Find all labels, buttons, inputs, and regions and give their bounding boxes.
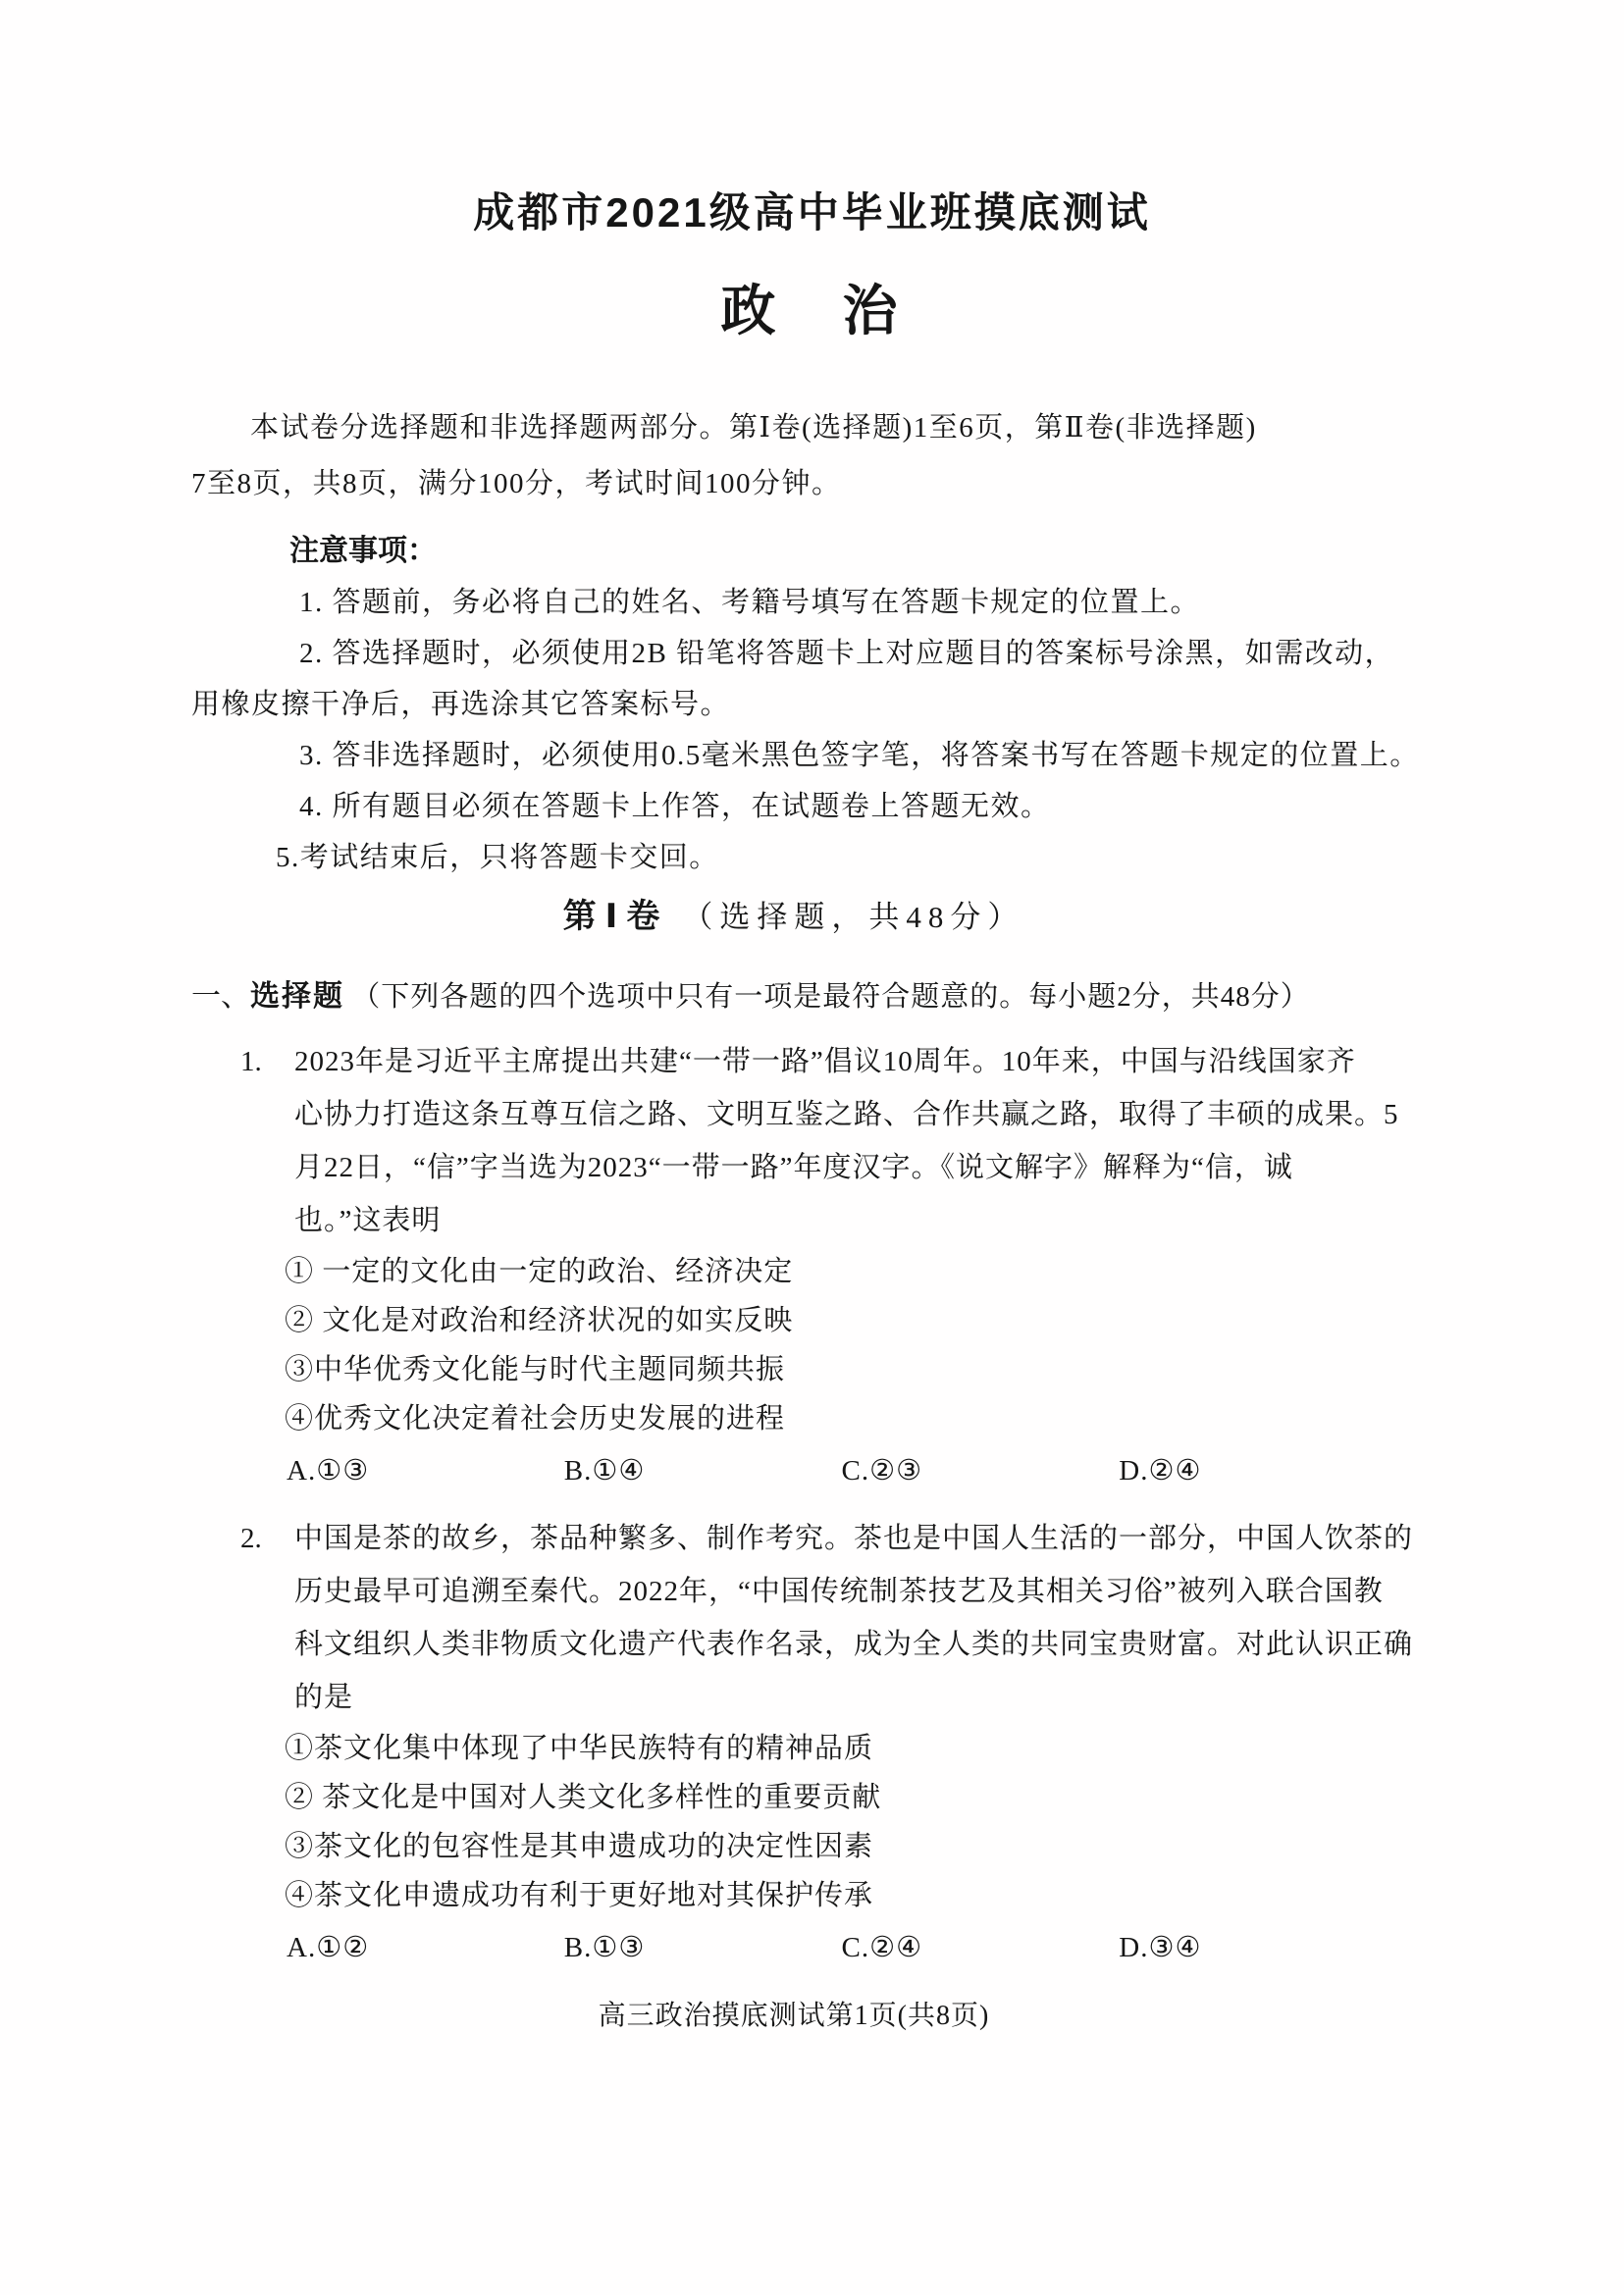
notice-item-1: 1. 答题前，务必将自己的姓名、考籍号填写在答题卡规定的位置上。 bbox=[299, 577, 1396, 628]
mcq-section-label: 选择题 bbox=[250, 980, 344, 1013]
option-d: D.③④ bbox=[1119, 1922, 1396, 1973]
question-1-options: A.①③ B.①④ C.②③ D.②④ bbox=[287, 1445, 1396, 1496]
statement-3: ③中华优秀文化能与时代主题同频共振 bbox=[285, 1345, 1396, 1394]
question-1-stem-line: 心协力打造这条互尊互信之路、文明互鉴之路、合作共赢之路，取得了丰硕的成果。5 bbox=[294, 1088, 1396, 1141]
question-2-body: 中国是茶的故乡，茶品种繁多、制作考究。茶也是中国人生活的一部分，中国人饮茶的 历… bbox=[294, 1512, 1396, 1973]
question-1-stem-line: 也。”这表明 bbox=[294, 1194, 1396, 1247]
question-1-number: 1. bbox=[240, 1035, 262, 1088]
intro-line: 7至8页，共8页，满分100分，考试时间100分钟。 bbox=[191, 456, 1396, 512]
intro-line: 本试卷分选择题和非选择题两部分。第Ⅰ卷(选择题)1至6页，第Ⅱ卷(非选择题) bbox=[191, 400, 1396, 456]
statement-3: ③茶文化的包容性是其申遗成功的决定性因素 bbox=[285, 1822, 1396, 1871]
notices-section: 注意事项： 1. 答题前，务必将自己的姓名、考籍号填写在答题卡规定的位置上。 2… bbox=[191, 526, 1396, 883]
mcq-section-header: 一、选择题 （下列各题的四个选项中只有一项是最符合题意的。每小题2分，共48分） bbox=[191, 972, 1396, 1021]
mcq-section-number: 一、 bbox=[191, 980, 250, 1013]
exam-title: 成都市2021级高中毕业班摸底测试 bbox=[0, 0, 1624, 237]
notice-item-3: 3. 答非选择题时，必须使用0.5毫米黑色签字笔，将答案书写在答题卡规定的位置上… bbox=[299, 730, 1396, 781]
question-2: 2. 中国是茶的故乡，茶品种繁多、制作考究。茶也是中国人生活的一部分，中国人饮茶… bbox=[191, 1512, 1396, 1973]
page-footer: 高三政治摸底测试第1页(共8页) bbox=[191, 1993, 1396, 2040]
statement-1: ① 一定的文化由一定的政治、经济决定 bbox=[285, 1247, 1396, 1296]
part1-heading: 第Ⅰ卷 （选择题，共48分） bbox=[191, 893, 1396, 947]
mcq-section-description: （下列各题的四个选项中只有一项是最符合题意的。每小题2分，共48分） bbox=[351, 981, 1310, 1013]
option-a: A.①② bbox=[287, 1922, 564, 1973]
option-b: B.①④ bbox=[564, 1445, 842, 1496]
option-c: C.②③ bbox=[842, 1445, 1120, 1496]
notice-item-2-continued: 用橡皮擦干净后，再选涂其它答案标号。 bbox=[191, 679, 1396, 730]
question-1-stem-line: 月22日，“信”字当选为2023“一带一路”年度汉字。《说文解字》解释为“信，诚 bbox=[294, 1141, 1396, 1194]
part1-label: 第Ⅰ卷 bbox=[563, 898, 669, 935]
statement-2: ② 茶文化是中国对人类文化多样性的重要贡献 bbox=[285, 1773, 1396, 1822]
notice-item-5: 5.考试结束后，只将答题卡交回。 bbox=[276, 832, 1396, 883]
statement-2: ② 文化是对政治和经济状况的如实反映 bbox=[285, 1296, 1396, 1345]
exam-paper-page: 成都市2021级高中毕业班摸底测试 政 治 本试卷分选择题和非选择题两部分。第Ⅰ… bbox=[0, 0, 1624, 2295]
question-2-stem-line: 中国是茶的故乡，茶品种繁多、制作考究。茶也是中国人生活的一部分，中国人饮茶的 bbox=[294, 1512, 1396, 1565]
statement-4: ④茶文化申遗成功有利于更好地对其保护传承 bbox=[285, 1871, 1396, 1920]
notice-item-2: 2. 答选择题时，必须使用2B 铅笔将答题卡上对应题目的答案标号涂黑，如需改动， bbox=[299, 628, 1396, 679]
question-2-stem-line: 历史最早可追溯至秦代。2022年，“中国传统制茶技艺及其相关习俗”被列入联合国教 bbox=[294, 1565, 1396, 1618]
option-a: A.①③ bbox=[287, 1445, 564, 1496]
question-2-options: A.①② B.①③ C.②④ D.③④ bbox=[287, 1922, 1396, 1973]
option-c: C.②④ bbox=[842, 1922, 1120, 1973]
question-1: 1. 2023年是习近平主席提出共建“一带一路”倡议10周年。10年来，中国与沿… bbox=[191, 1035, 1396, 1496]
question-2-statements: ①茶文化集中体现了中华民族特有的精神品质 ② 茶文化是中国对人类文化多样性的重要… bbox=[285, 1724, 1396, 1920]
option-d: D.②④ bbox=[1119, 1445, 1396, 1496]
question-1-statements: ① 一定的文化由一定的政治、经济决定 ② 文化是对政治和经济状况的如实反映 ③中… bbox=[285, 1247, 1396, 1443]
question-2-stem-line: 科文组织人类非物质文化遗产代表作名录，成为全人类的共同宝贵财富。对此认识正确 bbox=[294, 1618, 1396, 1671]
notice-item-4: 4. 所有题目必须在答题卡上作答，在试题卷上答题无效。 bbox=[299, 781, 1396, 832]
part1-subtitle: （选择题，共48分） bbox=[682, 900, 1024, 934]
question-1-stem-line: 2023年是习近平主席提出共建“一带一路”倡议10周年。10年来，中国与沿线国家… bbox=[294, 1035, 1396, 1088]
content-column: 本试卷分选择题和非选择题两部分。第Ⅰ卷(选择题)1至6页，第Ⅱ卷(非选择题) 7… bbox=[191, 400, 1396, 2040]
question-2-number: 2. bbox=[240, 1512, 262, 1565]
question-2-stem-line: 的是 bbox=[294, 1671, 1396, 1724]
notices-heading: 注意事项： bbox=[289, 526, 1396, 577]
question-1-body: 2023年是习近平主席提出共建“一带一路”倡议10周年。10年来，中国与沿线国家… bbox=[294, 1035, 1396, 1496]
exam-subject: 政 治 bbox=[0, 279, 1624, 343]
statement-4: ④优秀文化决定着社会历史发展的进程 bbox=[285, 1394, 1396, 1443]
option-b: B.①③ bbox=[564, 1922, 842, 1973]
exam-intro: 本试卷分选择题和非选择题两部分。第Ⅰ卷(选择题)1至6页，第Ⅱ卷(非选择题) 7… bbox=[191, 400, 1396, 512]
statement-1: ①茶文化集中体现了中华民族特有的精神品质 bbox=[285, 1724, 1396, 1773]
